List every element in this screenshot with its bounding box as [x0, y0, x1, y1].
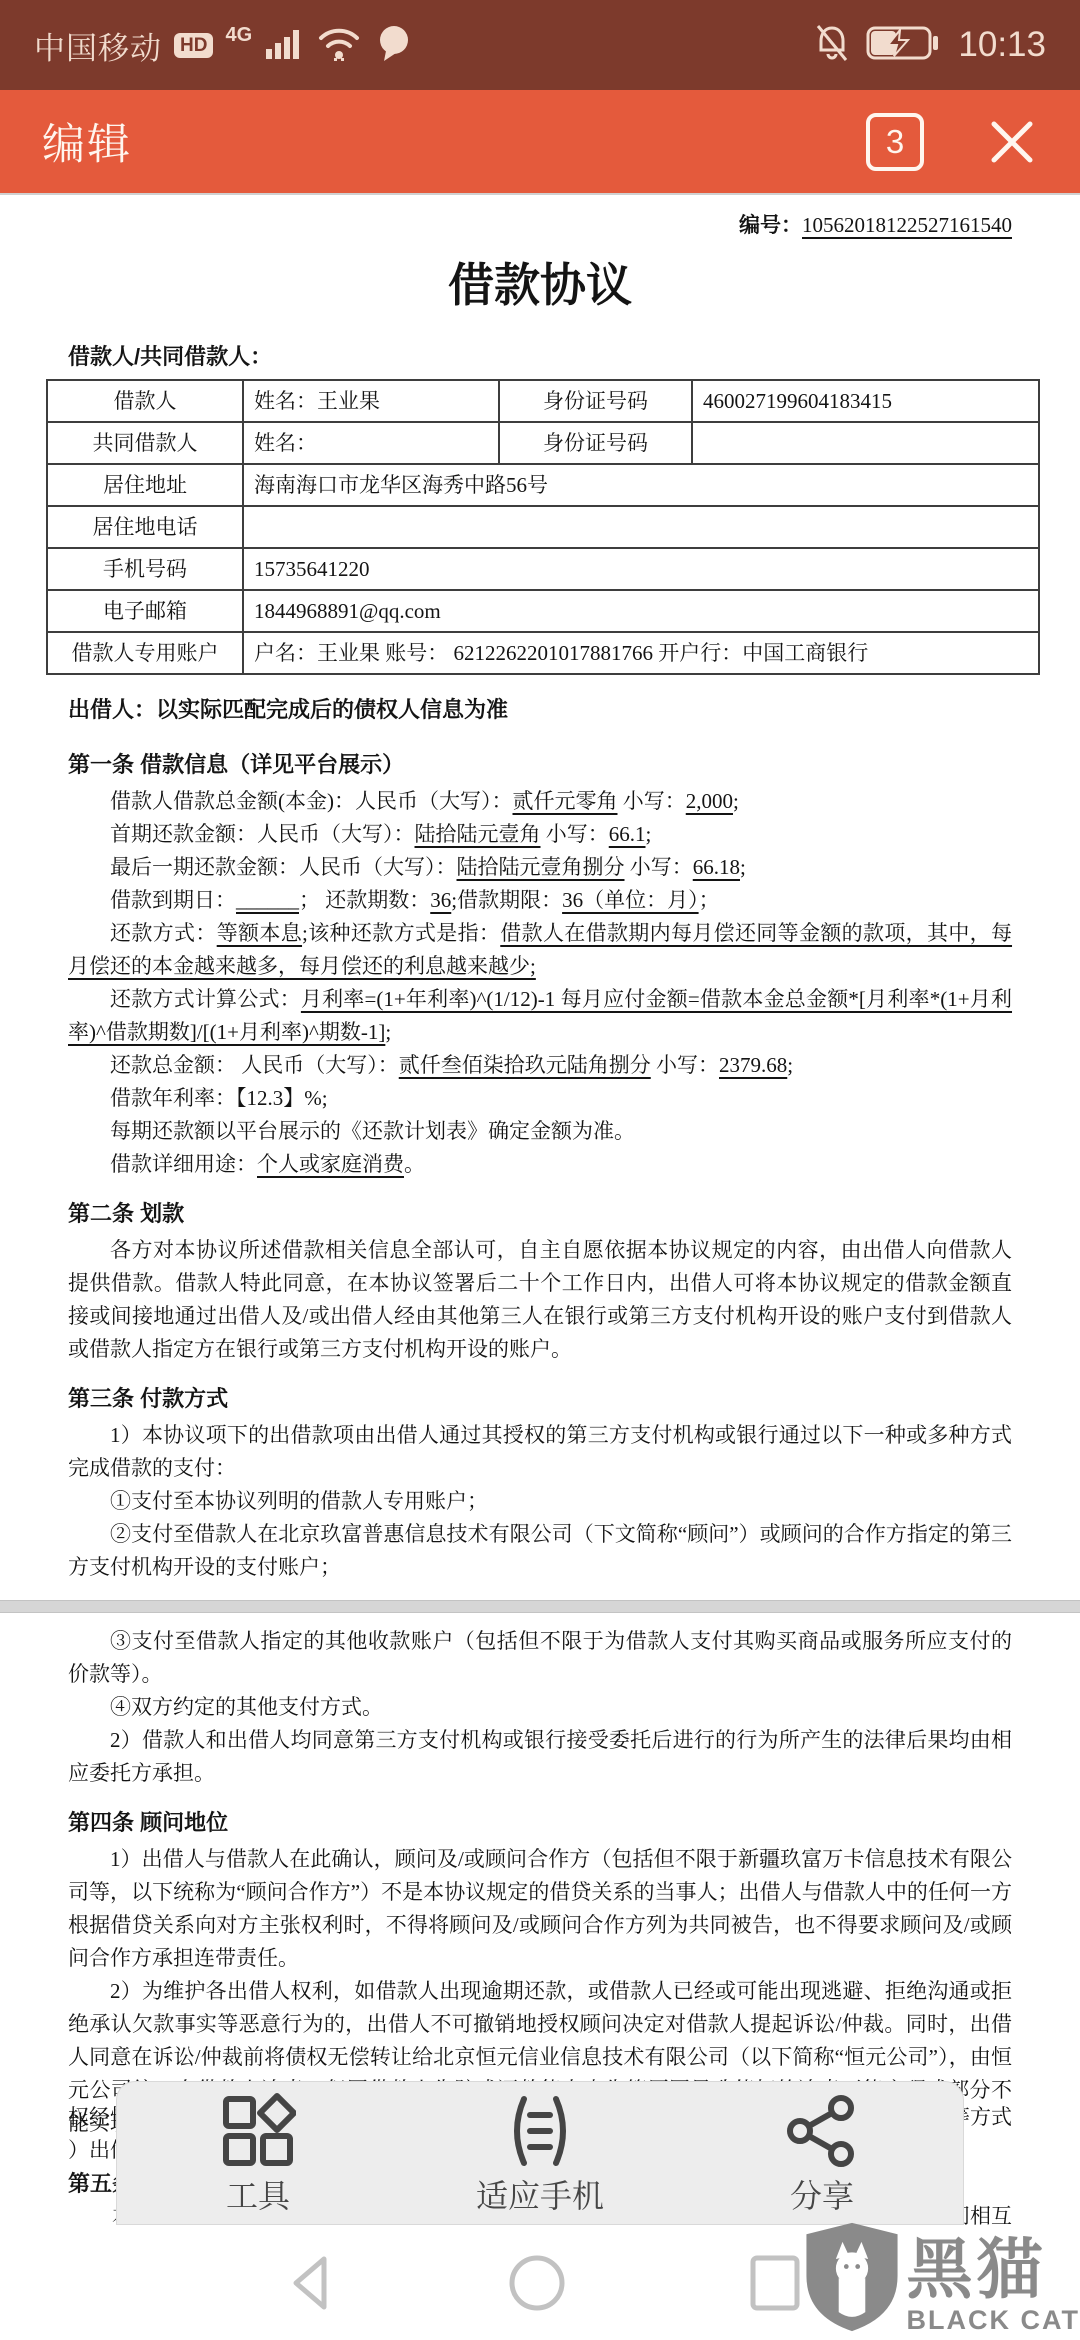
doc-text: 首期还款金额：人民币（大写）： [110, 822, 415, 846]
doc-text: ; [787, 1053, 793, 1077]
doc-text: 1）本协议项下的出借款项由出借人通过其授权的第三方支付机构或银行通过以下一种或多… [68, 1423, 1012, 1480]
section-heading: 第四条 顾问地位 [68, 1806, 1012, 1839]
status-left-cluster: 中国移动 HD 4G [34, 23, 414, 68]
page-count-badge[interactable]: 3 [866, 113, 924, 171]
doc-text: 各方对本协议所述借款相关信息全部认可，自主自愿依据本协议规定的内容，由出借人向借… [68, 1238, 1012, 1361]
tools-icon [220, 2093, 296, 2174]
page-break-separator [0, 1600, 1080, 1613]
name-cell: 姓名： [243, 422, 499, 464]
doc-text: ; [733, 789, 739, 813]
table-row: 手机号码 15735641220 [47, 548, 1039, 590]
share-button[interactable]: 分享 [681, 2082, 963, 2224]
doc-text: 2,000 [686, 789, 733, 813]
doc-text: 小写： [651, 1053, 719, 1077]
doc-paragraph: 借款到期日：______； 还款期数：36;借款期限：36（单位：月）； [68, 884, 1012, 917]
wifi-icon [316, 24, 362, 67]
message-icon [374, 23, 414, 68]
borrower-table-heading: 借款人/共同借款人： [68, 339, 1012, 375]
doc-text: ; [740, 855, 746, 879]
doc-text: 2379.68 [719, 1053, 787, 1077]
doc-text: ④双方约定的其他支付方式。 [110, 1695, 383, 1719]
clock-label: 10:13 [958, 25, 1046, 65]
doc-text: ;该种还款方式是指： [302, 921, 500, 945]
doc-text: ③支付至借款人指定的其他收款账户（包括但不限于为借款人支付其购买商品或服务所应支… [68, 1629, 1012, 1686]
table-row: 借款人专用账户 户名：王业果 账号： 6212262201017881766 开… [47, 632, 1039, 674]
doc-text: ； 还款期数： [299, 888, 430, 912]
section-heading: 第三条 付款方式 [68, 1382, 1012, 1415]
doc-text: 借款年利率：【12.3】%; [110, 1086, 328, 1110]
row-label: 借款人专用账户 [47, 632, 243, 674]
doc-paragraph: 各方对本协议所述借款相关信息全部认可，自主自愿依据本协议规定的内容，由出借人向借… [68, 1234, 1012, 1366]
doc-text: ;借款期限： [451, 888, 562, 912]
doc-paragraph: 最后一期还款金额：人民币（大写）：陆拾陆元壹角捌分 小写：66.18; [68, 851, 1012, 884]
doc-text: 借款人借款总金额(本金)：人民币（大写）： [110, 789, 513, 813]
doc-text: 66.18 [693, 855, 740, 879]
doc-paragraph: 1）出借人与借款人在此确认，顾问及/或顾问合作方（包括但不限于新疆玖富万卡信息技… [68, 1843, 1012, 1975]
borrower-table: 借款人 姓名：王业果 身份证号码 460027199604183415 共同借款… [46, 379, 1040, 675]
bell-muted-icon [812, 22, 852, 69]
doc-text: 还款方式： [110, 921, 217, 945]
doc-paragraph: 借款人借款总金额(本金)：人民币（大写）：贰仟元零角 小写：2,000; [68, 785, 1012, 818]
row-label: 共同借款人 [47, 422, 243, 464]
row-label: 居住地址 [47, 464, 243, 506]
doc-text: ______ [236, 888, 299, 912]
serial-label: 编号： [739, 213, 802, 237]
row-label: 手机号码 [47, 548, 243, 590]
doc-text: 借款详细用途： [110, 1152, 257, 1176]
doc-text: 第一条 借款信息（详见平台展示） [68, 752, 404, 777]
id-label-cell: 身份证号码 [499, 380, 692, 422]
row-label: 电子邮箱 [47, 590, 243, 632]
doc-text: 36（单位：月） [562, 888, 699, 912]
row-label: 居住地电话 [47, 506, 243, 548]
section-heading: 第二条 划款 [68, 1197, 1012, 1230]
document-title: 借款协议 [68, 255, 1012, 317]
doc-text: 贰仟叁佰柒拾玖元陆角捌分 [399, 1053, 651, 1077]
status-right-cluster: 10:13 [812, 22, 1046, 69]
doc-text: 小写： [618, 789, 686, 813]
doc-text: 陆拾陆元壹角捌分 [457, 855, 625, 879]
serial-number-line: 编号：10562018122527161540 [68, 209, 1012, 247]
serial-number: 10562018122527161540 [802, 213, 1012, 237]
fit-to-phone-button[interactable]: 适应手机 [399, 2082, 681, 2224]
doc-paragraph: 1）本协议项下的出借款项由出借人通过其授权的第三方支付机构或银行通过以下一种或多… [68, 1419, 1012, 1485]
page2-text-blocks: ③支付至借款人指定的其他收款账户（包括但不限于为借款人支付其购买商品或服务所应支… [68, 1625, 1012, 2140]
app-header: 编辑 3 [0, 90, 1080, 195]
doc-paragraph: 借款年利率：【12.3】%; [68, 1082, 1012, 1115]
doc-text: 陆拾陆元壹角 [415, 822, 541, 846]
table-row: 电子邮箱 1844968891@qq.com [47, 590, 1039, 632]
status-bar: 中国移动 HD 4G 10:13 [0, 0, 1080, 90]
hd-badge: HD [174, 33, 213, 58]
network-type-label: 4G [225, 24, 252, 47]
watermark-text: 黑猫 BLACK CAT [907, 2234, 1080, 2338]
value-cell [243, 506, 1039, 548]
share-icon [784, 2093, 860, 2174]
doc-text: ①支付至本协议列明的借款人专用账户； [110, 1489, 488, 1513]
doc-text: 第二条 划款 [68, 1201, 184, 1226]
doc-text: ； [699, 888, 720, 912]
document-page-1: 编号：10562018122527161540 借款协议 借款人/共同借款人： … [0, 195, 1080, 1600]
doc-text: 66.1 [609, 822, 646, 846]
doc-text: 第三条 付款方式 [68, 1386, 228, 1411]
recents-icon[interactable] [748, 2253, 802, 2318]
screen: 中国移动 HD 4G 10:13 编辑 3 [0, 0, 1080, 2340]
watermark-en-label: BLACK CAT [907, 2304, 1080, 2336]
doc-paragraph: ②支付至借款人在北京玖富普惠信息技术有限公司（下文简称“顾问”）或顾问的合作方指… [68, 1518, 1012, 1584]
doc-text: 还款总金额： 人民币（大写）： [110, 1053, 399, 1077]
doc-paragraph: ④双方约定的其他支付方式。 [68, 1691, 1012, 1724]
doc-text: 个人或家庭消费 [257, 1152, 404, 1176]
home-icon[interactable] [507, 2253, 567, 2318]
tools-button[interactable]: 工具 [117, 2082, 399, 2224]
battery-charging-icon [866, 23, 944, 68]
doc-text: 小写： [625, 855, 693, 879]
id-label-cell: 身份证号码 [499, 422, 692, 464]
back-icon[interactable] [286, 2253, 336, 2318]
value-cell: 户名：王业果 账号： 6212262201017881766 开户行：中国工商银… [243, 632, 1039, 674]
doc-paragraph: 借款详细用途：个人或家庭消费。 [68, 1148, 1012, 1181]
page-title: 编辑 [42, 111, 132, 172]
fit-to-phone-icon [502, 2093, 578, 2174]
doc-text: 第四条 顾问地位 [68, 1810, 228, 1835]
black-cat-watermark: 黑猫 BLACK CAT [803, 2221, 1080, 2338]
doc-paragraph: ③支付至借款人指定的其他收款账户（包括但不限于为借款人支付其购买商品或服务所应支… [68, 1625, 1012, 1691]
doc-text: 36 [430, 888, 451, 912]
doc-text: 借款到期日： [110, 888, 236, 912]
doc-text: 2）借款人和出借人均同意第三方支付机构或银行接受委托后进行的行为所产生的法律后果… [68, 1728, 1012, 1785]
doc-text: 1）出借人与借款人在此确认，顾问及/或顾问合作方（包括但不限于新疆玖富万卡信息技… [68, 1847, 1012, 1970]
doc-text: ; [385, 1020, 391, 1044]
section-heading: 第一条 借款信息（详见平台展示） [68, 748, 1012, 781]
doc-paragraph: 还款方式计算公式：月利率=(1+年利率)^(1/12)-1 每月应付金额=借款本… [68, 983, 1012, 1049]
table-row: 居住地电话 [47, 506, 1039, 548]
doc-text: ; [646, 822, 652, 846]
doc-text: 小写： [541, 822, 609, 846]
id-value-cell [692, 422, 1039, 464]
table-row: 共同借款人 姓名： 身份证号码 [47, 422, 1039, 464]
table-row: 借款人 姓名：王业果 身份证号码 460027199604183415 [47, 380, 1039, 422]
doc-text: 等额本息 [217, 921, 302, 945]
value-cell: 15735641220 [243, 548, 1039, 590]
close-icon[interactable] [986, 116, 1038, 168]
doc-paragraph: 首期还款金额：人民币（大写）：陆拾陆元壹角 小写：66.1; [68, 818, 1012, 851]
signal-icon [264, 25, 304, 66]
table-row: 居住地址 海南海口市龙华区海秀中路56号 [47, 464, 1039, 506]
black-cat-shield-icon [803, 2221, 901, 2338]
floating-toolbar: 工具 适应手机 分享 [117, 2082, 963, 2224]
doc-text: 最后一期还款金额：人民币（大写）： [110, 855, 457, 879]
watermark-cn-label: 黑猫 [907, 2234, 1047, 2304]
carrier-label: 中国移动 [34, 23, 162, 68]
fit-to-phone-label: 适应手机 [476, 2178, 604, 2214]
doc-text: ②支付至借款人在北京玖富普惠信息技术有限公司（下文简称“顾问”）或顾问的合作方指… [68, 1522, 1012, 1579]
tools-label: 工具 [226, 2178, 290, 2214]
doc-paragraph: 还款总金额： 人民币（大写）：贰仟叁佰柒拾玖元陆角捌分 小写：2379.68; [68, 1049, 1012, 1082]
section-heading: 出借人：以实际匹配完成后的债权人信息为准 [68, 693, 1012, 726]
name-cell: 姓名：王业果 [243, 380, 499, 422]
doc-text: 出借人：以实际匹配完成后的债权人信息为准 [68, 697, 508, 722]
row-label: 借款人 [47, 380, 243, 422]
doc-paragraph: 每期还款额以平台展示的《还款计划表》确定金额为准。 [68, 1115, 1012, 1148]
page1-text-blocks: 出借人：以实际匹配完成后的债权人信息为准第一条 借款信息（详见平台展示）借款人借… [68, 693, 1012, 1584]
value-cell: 海南海口市龙华区海秀中路56号 [243, 464, 1039, 506]
doc-text: 每期还款额以平台展示的《还款计划表》确定金额为准。 [110, 1119, 635, 1143]
doc-text: 。 [404, 1152, 425, 1176]
doc-text: 还款方式计算公式： [110, 987, 301, 1011]
doc-paragraph: 还款方式：等额本息;该种还款方式是指：借款人在借款期内每月偿还同等金额的款项，其… [68, 917, 1012, 983]
value-cell: 1844968891@qq.com [243, 590, 1039, 632]
doc-paragraph: 2）借款人和出借人均同意第三方支付机构或银行接受委托后进行的行为所产生的法律后果… [68, 1724, 1012, 1790]
share-label: 分享 [790, 2178, 854, 2214]
id-value-cell: 460027199604183415 [692, 380, 1039, 422]
doc-text: 贰仟元零角 [513, 789, 618, 813]
doc-paragraph: ①支付至本协议列明的借款人专用账户； [68, 1485, 1012, 1518]
